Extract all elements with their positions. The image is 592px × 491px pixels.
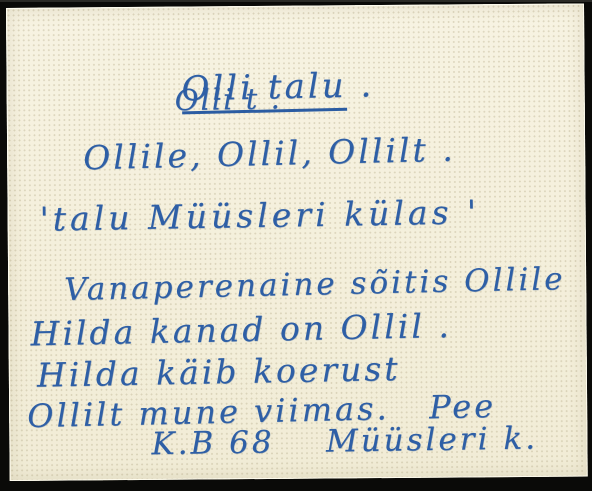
card-title-trailing-period: . [346, 65, 374, 106]
handwritten-line-case-forms: Ollile, Ollil, Ollilt . [83, 130, 456, 178]
scan-frame-edge [0, 0, 592, 2]
handwritten-line-sentence-1: Vanaperenaine sõitis Ollile [64, 261, 566, 308]
handwritten-line-sentence-3: Hilda käib koerust [37, 349, 401, 395]
handwritten-line-abbreviation: Olli t . [174, 81, 282, 117]
paper-card: Olli talu . Olli t . Ollile, Ollil, Olli… [6, 3, 588, 481]
handwritten-line-signature: K.B 68 Müüsleri k. [151, 420, 538, 462]
scanned-card-image: Olli talu . Olli t . Ollile, Ollil, Olli… [0, 0, 592, 491]
handwritten-line-sentence-2: Hilda kanad on Ollil . [30, 306, 452, 353]
handwritten-line-location-note: 'talu Müüsleri külas ' [39, 192, 480, 238]
